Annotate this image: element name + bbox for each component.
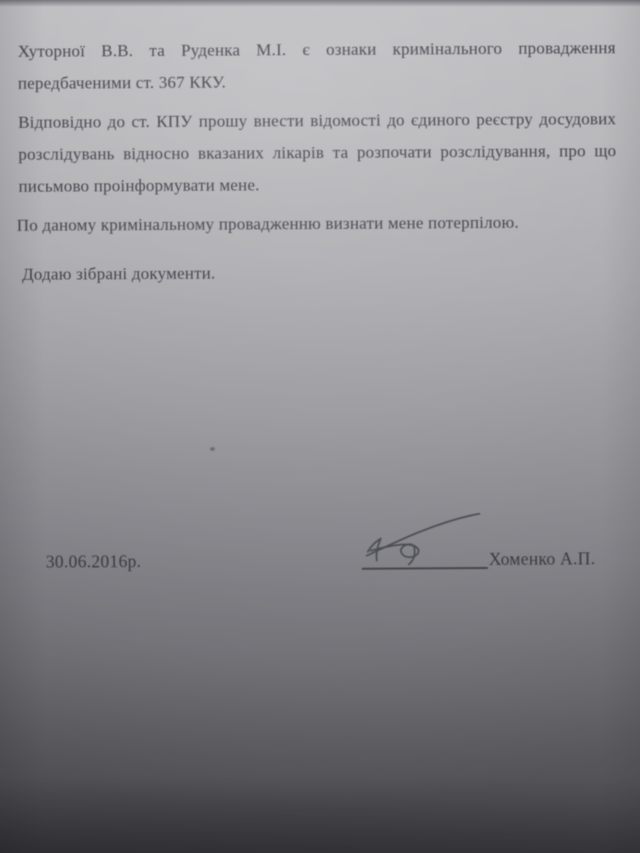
paragraph-1-line-1: Хуторної В.В. та Руденка М.І. є ознаки к…	[18, 37, 616, 63]
paragraph-4-line-1: Додаю зібрані документи.	[22, 260, 617, 286]
paragraph-1-line-2: передбаченими ст. 367 ККУ.	[18, 69, 616, 95]
paragraph-2-line-2: розслідувань відносно вказаних лікарів т…	[18, 140, 616, 166]
paper-speck	[210, 447, 215, 451]
document-photo: Хуторної В.В. та Руденка М.І. є ознаки к…	[0, 0, 640, 853]
paragraph-2-line-3: письмово проінформувати мене.	[18, 172, 616, 198]
document-date: 30.06.2016р.	[46, 551, 142, 573]
paragraph-2-line-1: Відповідно до ст. КПУ прошу внести відом…	[18, 108, 616, 134]
handwritten-signature	[358, 503, 490, 568]
signer-name: Хоменко А.П.	[489, 548, 596, 570]
document-text-layer: Хуторної В.В. та Руденка М.І. є ознаки к…	[0, 0, 640, 853]
paragraph-3-line-1: По даному кримінальному провадженню визн…	[17, 211, 617, 237]
